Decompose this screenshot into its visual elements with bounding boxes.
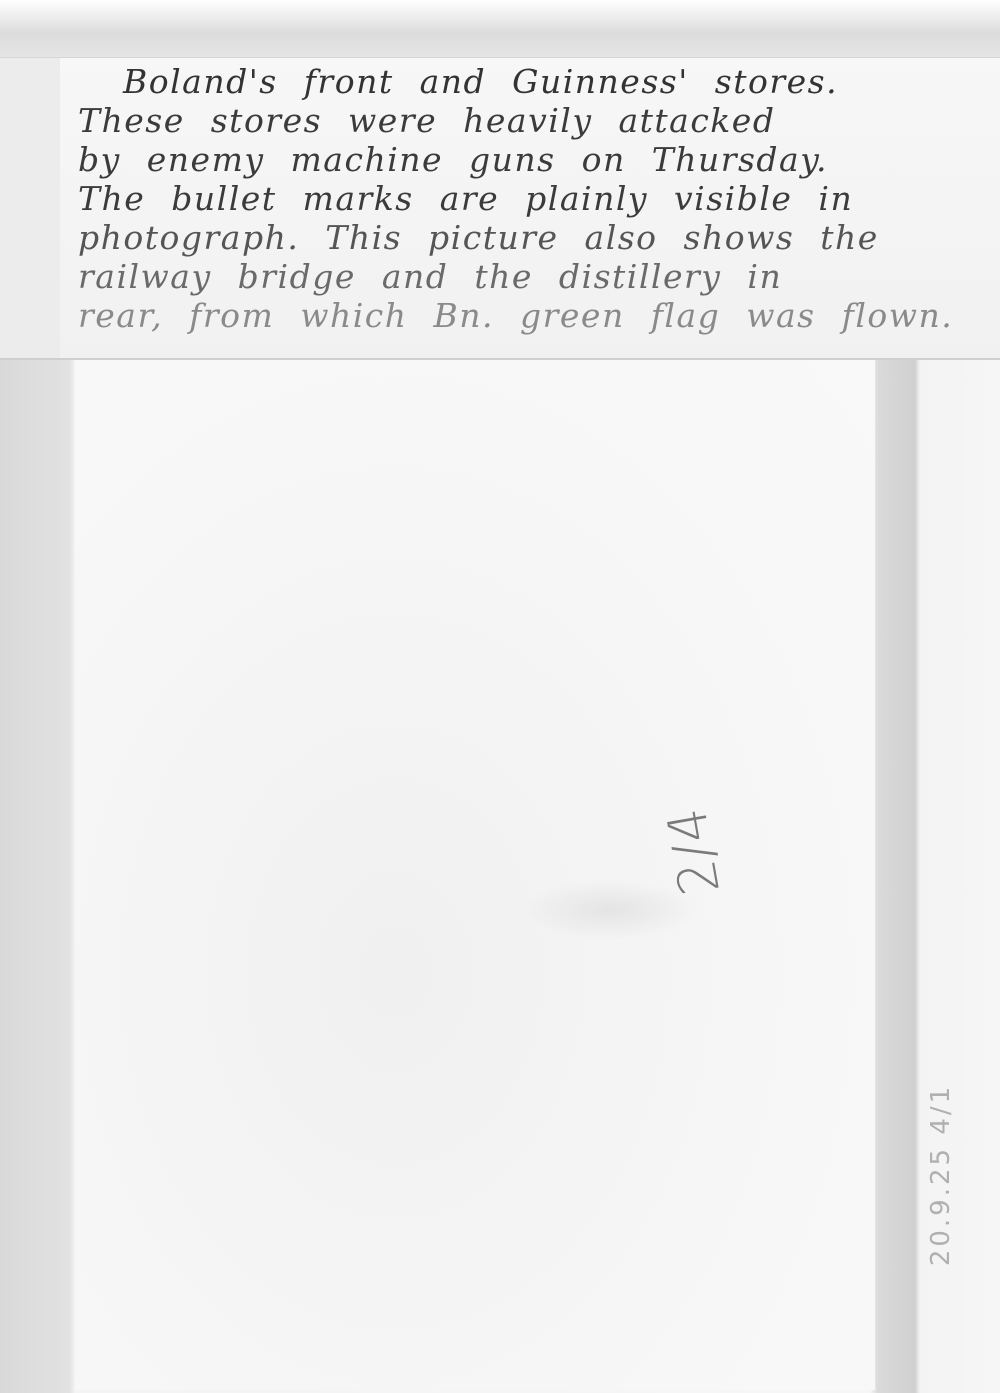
caption-line: rear, from which Bn. green flag was flow… xyxy=(78,296,978,335)
caption-line: These stores were heavily attacked xyxy=(78,101,978,140)
margin-note: 20.9.25 4/1 xyxy=(926,1084,956,1266)
caption-line: photograph. This picture also shows the xyxy=(78,218,978,257)
caption-line: railway bridge and the distillery in xyxy=(78,257,978,296)
sleeve-inner-panel xyxy=(75,345,875,1390)
caption-line: by enemy machine guns on Thursday. xyxy=(78,140,978,179)
label-edge xyxy=(0,58,60,358)
sleeve-top-edge xyxy=(0,0,1000,60)
handwritten-caption: Boland's front and Guinness' stores. The… xyxy=(78,62,978,335)
caption-line: The bullet marks are plainly visible in xyxy=(78,179,978,218)
caption-line: Boland's front and Guinness' stores. xyxy=(78,62,978,101)
